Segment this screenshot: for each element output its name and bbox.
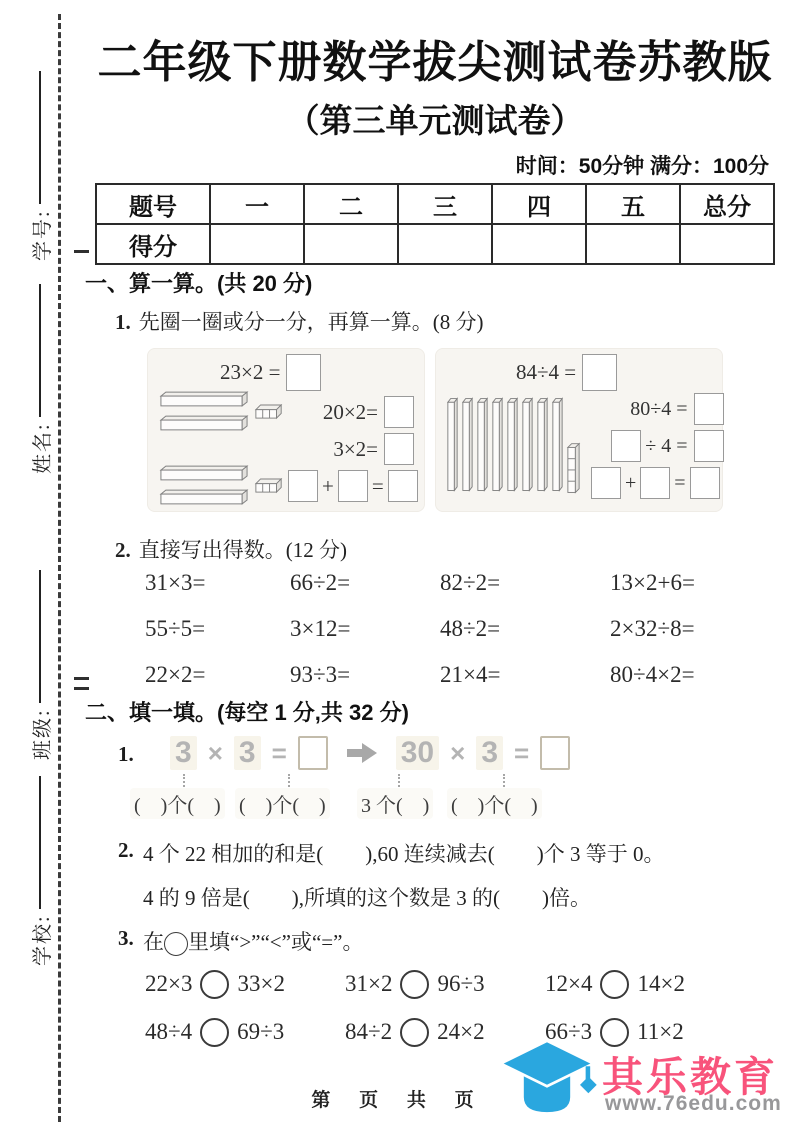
equals-sign: =: [674, 472, 685, 495]
right-expression: 96÷3: [437, 971, 484, 997]
answer-box[interactable]: [540, 736, 570, 770]
equation-number: 3: [234, 736, 261, 770]
base-ten-rod-icon: [158, 391, 250, 409]
base-ten-vertical-rod-icon: [551, 393, 564, 497]
brand-url: www.76edu.com: [605, 1092, 782, 1116]
question-number: 2.: [118, 838, 134, 863]
plus-sign: +: [625, 472, 636, 495]
equals-sign: =: [372, 474, 384, 499]
times-sign: ×: [208, 738, 223, 769]
compare-circle[interactable]: [400, 970, 429, 999]
score-cell[interactable]: [210, 224, 304, 264]
answer-box[interactable]: [384, 433, 414, 465]
calc-item: 66÷2=: [290, 570, 440, 616]
graduation-cap-icon: [497, 1038, 597, 1120]
answer-box[interactable]: [384, 396, 414, 428]
school-blank-line[interactable]: [39, 776, 41, 909]
left-expression: 22×3: [145, 971, 192, 997]
equation-text: 20×2=: [323, 400, 378, 425]
answer-box[interactable]: [640, 467, 670, 499]
arrow-right-icon: [347, 743, 377, 763]
dotted-connector: [398, 774, 400, 787]
comparison-item: 48÷469÷3: [145, 1008, 345, 1056]
score-table: 题号 一 二 三 四 五 总分 得分: [95, 183, 775, 265]
sum-equation: + =: [284, 470, 422, 502]
brand-logo: 其乐教育 www.76edu.com: [497, 1038, 793, 1122]
sub-equation: 3×2=: [333, 433, 414, 465]
sec1-q1-prompt: 1.先圈一圈或分一分，再算一算。(8 分): [115, 306, 484, 336]
answer-box[interactable]: [582, 354, 617, 391]
score-table-header-cell: 总分: [680, 184, 774, 224]
class-label: 班级:: [26, 708, 55, 760]
base-ten-rod-icon: [158, 465, 250, 483]
caption-blank: ( )个( ): [447, 788, 542, 819]
class-blank-line[interactable]: [39, 570, 41, 703]
answer-box[interactable]: [288, 470, 318, 502]
base-ten-vertical-rod-icon: [521, 393, 534, 497]
equation-number: 3: [170, 736, 197, 770]
block-model-row: 23×2 = 20×2=: [147, 348, 723, 512]
calc-item: 3×12=: [290, 616, 440, 662]
answer-box[interactable]: [298, 736, 328, 770]
compare-circle-example: [164, 932, 188, 956]
student-id-label: 学号:: [26, 209, 55, 261]
sub-equation: ÷ 4 =: [607, 430, 723, 462]
main-equation: 23×2 =: [220, 354, 414, 391]
division-block-panel: 84÷4 =: [435, 348, 723, 512]
main-equation: 84÷4 =: [516, 354, 712, 391]
answer-box[interactable]: [338, 470, 368, 502]
model-row: 80÷4 = ÷ 4 = + =: [446, 393, 712, 506]
calc-item: 21×4=: [440, 662, 610, 708]
answer-box[interactable]: [611, 430, 641, 462]
base-ten-vertical-rod-icon: [446, 393, 459, 497]
school-field: 学校:: [27, 776, 53, 966]
answer-box[interactable]: [286, 354, 321, 391]
compare-circle[interactable]: [600, 970, 629, 999]
section2-heading: 二、填一填。(每空 1 分,共 32 分): [85, 696, 409, 727]
equals-sign: =: [272, 738, 287, 769]
equation-number: 3: [476, 736, 503, 770]
fold-mark: [74, 687, 89, 690]
quick-calculation-grid: 31×3= 66÷2= 82÷2= 13×2+6= 55÷5= 3×12= 48…: [145, 570, 695, 708]
base-ten-vertical-rod-icon: [476, 393, 489, 497]
score-table-header-cell: 一: [210, 184, 304, 224]
plus-sign: +: [322, 474, 334, 499]
prompt-text: 里填“>”“<”或“=”。: [188, 930, 363, 954]
equation-text: 84÷4 =: [516, 360, 576, 385]
sub-equation: 20×2=: [323, 396, 414, 428]
rod-group: [158, 391, 284, 433]
calc-item: 13×2+6=: [610, 570, 695, 616]
answer-box[interactable]: [694, 393, 724, 425]
question-number: 3.: [118, 926, 134, 951]
score-table-header-cell: 四: [492, 184, 586, 224]
left-expression: 84÷2: [345, 1019, 392, 1045]
caption-blank: ( )个( ): [130, 788, 225, 819]
score-cell[interactable]: [680, 224, 774, 264]
paper-content: 二年级下册数学拔尖测试卷苏教版 （第三单元测试卷） 时间：50分钟 满分：100…: [95, 0, 775, 1122]
binding-dashed-line: [58, 14, 61, 1122]
compare-circle[interactable]: [200, 970, 229, 999]
class-field: 班级:: [27, 570, 53, 760]
times-sign: ×: [450, 738, 465, 769]
student-id-field: 学号:: [27, 71, 53, 261]
score-table-header-cell: 二: [304, 184, 398, 224]
dotted-connector: [503, 774, 505, 787]
comparison-item: 31×296÷3: [345, 960, 545, 1008]
right-expression: 69÷3: [237, 1019, 284, 1045]
base-ten-vertical-rod-icon: [506, 393, 519, 497]
multiplication-block-panel: 23×2 = 20×2=: [147, 348, 425, 512]
fill-blank-line: 4 的 9 倍是( ),所填的这个数是 3 的( )倍。: [143, 882, 591, 912]
score-cell[interactable]: [304, 224, 398, 264]
question-text: 直接写出得数。(12 分): [139, 538, 347, 562]
dotted-connector: [288, 774, 290, 787]
sub-equation-column: 80÷4 = ÷ 4 = + =: [587, 393, 724, 499]
calc-item: 82÷2=: [440, 570, 610, 616]
table-row: 题号 一 二 三 四 五 总分: [96, 184, 774, 224]
score-row-label: 得分: [96, 224, 210, 264]
calc-item: 80÷4×2=: [610, 662, 695, 708]
score-table-header-cell: 五: [586, 184, 680, 224]
question-text: 先圈一圈或分一分，再算一算。(8 分): [139, 310, 484, 334]
left-expression: 31×2: [345, 971, 392, 997]
sum-equation: + =: [587, 467, 724, 499]
prompt-text: 在: [143, 930, 164, 954]
test-paper-page: 学号: 姓名: 班级: 学校: 二年级下册数学拔尖测试卷苏教版 （第三单元测试卷…: [0, 0, 793, 1122]
sub-equation: 80÷4 =: [630, 393, 723, 425]
fold-mark: [74, 250, 89, 253]
right-expression: 14×2: [637, 971, 684, 997]
fold-mark: [74, 677, 89, 680]
calc-item: 55÷5=: [145, 616, 290, 662]
rod-group: [446, 393, 581, 497]
equation-text: 23×2 =: [220, 360, 280, 385]
base-ten-rod-icon: [158, 489, 250, 507]
equals-sign: =: [514, 738, 529, 769]
question-number: 2.: [115, 538, 131, 562]
model-row: 3×2=: [158, 433, 414, 465]
page-title: 二年级下册数学拔尖测试卷苏教版: [95, 26, 775, 90]
calc-item: 31×3=: [145, 570, 290, 616]
fill-blank-line: 4 个 22 相加的和是( ),60 连续减去( )个 3 等于 0。: [143, 838, 664, 868]
equation-text: 80÷4 =: [630, 398, 687, 421]
rod-group: [158, 465, 284, 507]
score-table-header-cell: 题号: [96, 184, 210, 224]
section1-heading: 一、算一算。(共 20 分): [85, 267, 312, 298]
equation-text: 3×2=: [333, 437, 378, 462]
compare-prompt: 在里填“>”“<”或“=”。: [143, 926, 363, 956]
base-ten-vertical-rod-icon: [461, 393, 474, 497]
left-expression: 48÷4: [145, 1019, 192, 1045]
answer-box[interactable]: [388, 470, 418, 502]
right-expression: 33×2: [237, 971, 284, 997]
base-ten-cube-stack-icon: [566, 441, 581, 497]
student-name-label: 姓名:: [26, 422, 55, 474]
equation-text: ÷ 4 =: [645, 435, 687, 458]
page-subtitle: （第三单元测试卷）: [95, 95, 775, 142]
time-score-info: 时间：50分钟 满分：100分: [516, 150, 769, 180]
right-expression: 24×2: [437, 1019, 484, 1045]
question-number: 1.: [115, 310, 131, 334]
comparison-item: 12×414×2: [545, 960, 685, 1008]
answer-box[interactable]: [694, 430, 724, 462]
caption-blank: 3 个( ): [357, 788, 433, 819]
fill-equation-row: 3 × 3 = 30 × 3 =: [170, 733, 570, 773]
caption-blank: ( )个( ): [235, 788, 330, 819]
calc-item: 2×32÷8=: [610, 616, 695, 662]
table-row: 得分: [96, 224, 774, 264]
student-name-blank-line[interactable]: [39, 284, 41, 417]
base-ten-cubes-icon: [254, 404, 284, 420]
school-label: 学校:: [26, 914, 55, 966]
score-table-header-cell: 三: [398, 184, 492, 224]
base-ten-vertical-rod-icon: [491, 393, 504, 497]
student-id-blank-line[interactable]: [39, 71, 41, 204]
answer-box[interactable]: [591, 467, 621, 499]
compare-circle[interactable]: [200, 1018, 229, 1047]
model-row: 20×2=: [158, 391, 414, 433]
base-ten-rod-icon: [158, 415, 250, 433]
answer-box[interactable]: [690, 467, 720, 499]
student-name-field: 姓名:: [27, 284, 53, 474]
question-number: 1.: [118, 742, 134, 767]
calc-item: 48÷2=: [440, 616, 610, 662]
score-cell[interactable]: [586, 224, 680, 264]
score-cell[interactable]: [398, 224, 492, 264]
base-ten-vertical-rod-icon: [536, 393, 549, 497]
dotted-connector: [183, 774, 185, 787]
base-ten-cubes-icon: [254, 478, 284, 494]
sec1-q2-prompt: 2.直接写出得数。(12 分): [115, 534, 347, 564]
compare-circle[interactable]: [400, 1018, 429, 1047]
left-expression: 12×4: [545, 971, 592, 997]
comparison-item: 22×333×2: [145, 960, 345, 1008]
score-cell[interactable]: [492, 224, 586, 264]
equation-number: 30: [396, 736, 439, 770]
model-row: + =: [158, 465, 414, 507]
